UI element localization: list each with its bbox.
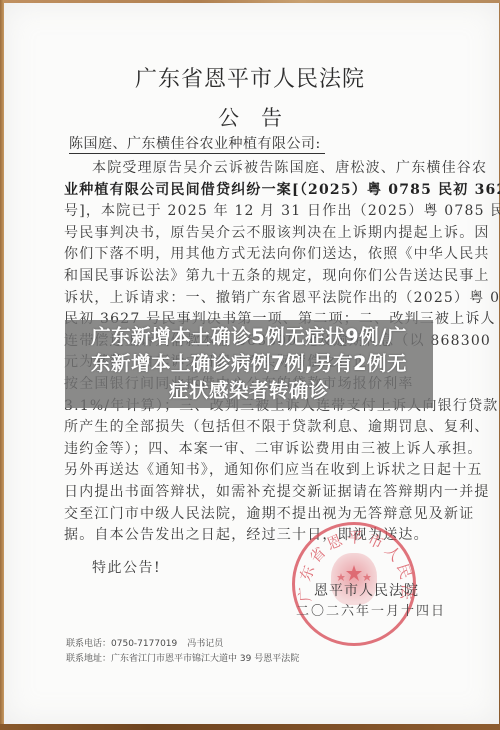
body-line: 交至江门市中级人民法院，逾期不提出视为无答辩意见及新证 <box>64 504 442 526</box>
body-line: 业种植有限公司民间借贷纠纷一案[（2025）粤 0785 民初 3627 <box>64 180 442 202</box>
body-line: 号民事判决书，原告吴介云不服该判决在上诉期内提起上诉。因 <box>64 223 442 245</box>
news-headline-overlay: 广东新增本土确诊5例无症状9例/广 东新增本土确诊病例7例,另有2例无 症状感染… <box>65 320 433 408</box>
headline-line: 症状感染者转确诊 <box>65 377 433 404</box>
notice-heading: 公告 <box>0 102 500 132</box>
court-name-heading: 广东省恩平市人民法院 <box>0 62 500 93</box>
body-line: 你们下落不明，用其他方式无法向你们送达，依照《中华人民共 <box>64 244 442 266</box>
headline-line: 东新增本土确诊病例7例,另有2例无 <box>65 350 433 377</box>
body-line: 号]，本院已于 2025 年 12 月 31 日作出（2025）粤 0785 民… <box>64 201 442 223</box>
phone-number: 0750-7177019 <box>111 639 177 649</box>
signing-court: 恩平市人民法院 <box>314 580 419 600</box>
body-line: 诉状，上诉请求：一、撤销广东省恩平法院作出的（2025）粤 0785 <box>64 288 442 310</box>
address-label: 联系地址： <box>66 654 111 664</box>
headline-line: 广东新增本土确诊5例无症状9例/广 <box>65 323 433 350</box>
body-line: 本院受理原告吴介云诉被告陈国庭、唐松波、广东横佳谷农 <box>64 158 442 180</box>
address-value: 广东省江门市恩平市锦江大道中 39 号恩平法院 <box>111 654 299 664</box>
contact-phone-line: 联系电话：0750-7177019冯书记员 <box>66 636 223 649</box>
contact-address-line: 联系地址：广东省江门市恩平市锦江大道中 39 号恩平法院 <box>66 651 299 664</box>
phone-label: 联系电话： <box>66 639 111 649</box>
body-line: 所产生的全部损失（包括但不限于贷款利息、逾期罚息、复利、 <box>64 417 442 439</box>
body-line: 日内提出书面答辩状，如需补充提交新证据请在答辩期内一并提 <box>64 482 442 504</box>
closing-statement: 特此公告! <box>92 557 161 577</box>
addressee-line: 陈国庭、广东横佳谷农业种植有限公司: <box>69 135 325 154</box>
headline-text: 广东新增本土确诊5例无症状9例/广 东新增本土确诊病例7例,另有2例无 症状感染… <box>65 323 433 404</box>
body-line: 和国民事诉讼法》第九十五条的规定，现向你们公告送达民事上 <box>64 266 442 288</box>
body-line: 另外再送达《通知书》，通知你们应当在收到上诉状之日起十五 <box>64 460 442 482</box>
body-line: 违约金等）；四、本案一审、二审诉讼费用由三被上诉人承担。 <box>64 439 442 461</box>
clerk-name: 冯书记员 <box>187 639 223 649</box>
signing-date: 二〇二六年一月十四日 <box>296 600 446 619</box>
frame-bottom-edge <box>0 724 500 730</box>
